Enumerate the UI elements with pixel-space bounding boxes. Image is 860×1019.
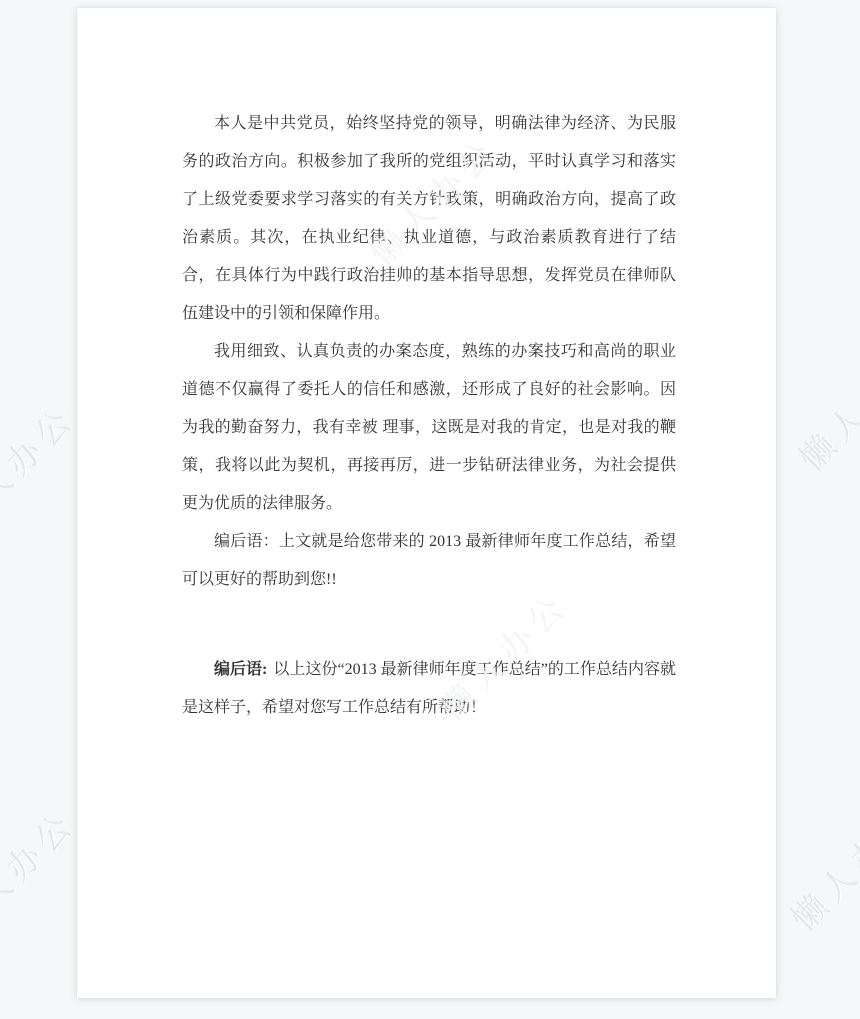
document-content: 本人是中共党员，始终坚持党的领导，明确法律为经济、为民服务的政治方向。积极参加了… xyxy=(182,105,676,727)
watermark-text: 懒人办公 xyxy=(0,392,85,543)
watermark-text: 懒人办公 xyxy=(779,789,860,940)
paragraph-work-attitude: 我用细致、认真负责的办案态度，熟练的办案技巧和高尚的职业道德不仅赢得了委托人的信… xyxy=(182,333,676,523)
watermark-text: 懒人办公 xyxy=(787,329,860,480)
watermark-text: 懒人办公 xyxy=(0,797,85,948)
editor-note-label: 编后语: xyxy=(214,661,267,678)
document-page: 本人是中共党员，始终坚持党的领导，明确法律为经济、为民服务的政治方向。积极参加了… xyxy=(77,8,776,998)
paragraph-editor-remark-plain: 编后语：上文就是给您带来的 2013 最新律师年度工作总结，希望可以更好的帮助到… xyxy=(182,523,676,599)
document-viewer-background: 本人是中共党员，始终坚持党的领导，明确法律为经济、为民服务的政治方向。积极参加了… xyxy=(0,0,860,1019)
paragraph-party-member: 本人是中共党员，始终坚持党的领导，明确法律为经济、为民服务的政治方向。积极参加了… xyxy=(182,105,676,333)
paragraph-editor-remark-bold: 编后语:以上这份“2013 最新律师年度工作总结”的工作总结内容就是这样子，希望… xyxy=(182,651,676,727)
